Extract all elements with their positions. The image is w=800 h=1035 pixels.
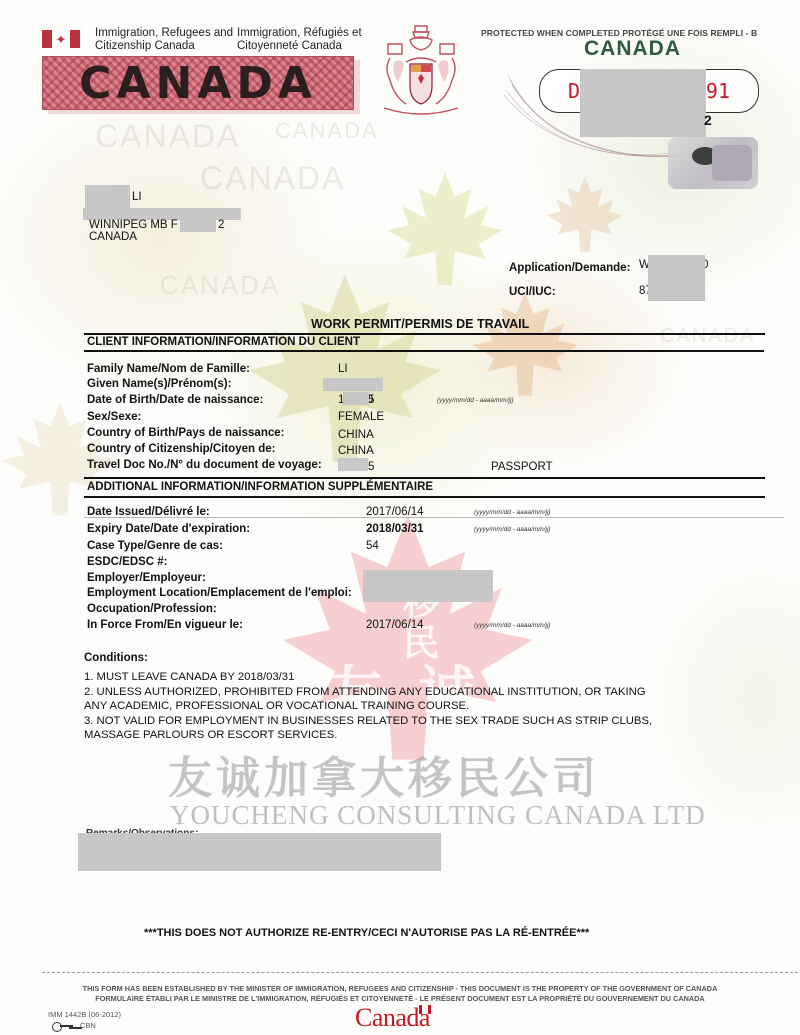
redaction — [338, 458, 368, 471]
divider — [84, 333, 765, 335]
company-watermark-cn: 友诚加拿大移民公司 — [168, 742, 600, 806]
company-watermark-en: YOUCHENG CONSULTING CANADA LTD — [170, 800, 706, 831]
client-field-value: CHINA — [338, 445, 374, 458]
client-field-label: Family Name/Nom de Famille: — [87, 363, 250, 376]
date-format-hint: (yyyy/mm/dd - aaaa/mm/jj) — [474, 526, 551, 533]
redaction — [78, 833, 441, 871]
redaction — [180, 220, 216, 232]
watermark-word: CANADA — [95, 118, 240, 155]
client-field-value-tail: 5 — [368, 461, 374, 474]
redaction — [363, 570, 493, 602]
condition-line: ANY ACADEMIC, PROFESSIONAL OR VOCATIONAL… — [84, 700, 469, 713]
condition-line: 2. UNLESS AUTHORIZED, PROHIBITED FROM AT… — [84, 686, 646, 699]
additional-field-value: 2017/06/14 — [366, 619, 424, 632]
additional-field-value: 2018/03/31 — [366, 523, 424, 536]
uci-label: UCI/IUC: — [509, 286, 556, 299]
redaction — [323, 378, 383, 391]
additional-field-label: Employer/Employeur: — [87, 572, 206, 585]
additional-field-label: Employment Location/Emplacement de l'emp… — [87, 587, 352, 600]
maple-leaf-icon — [540, 175, 630, 255]
recipient-postal-tail: 2 — [218, 219, 224, 232]
conditions-title: Conditions: — [84, 652, 148, 665]
key-icon — [52, 1022, 74, 1030]
condition-line: 1. MUST LEAVE CANADA BY 2018/03/31 — [84, 671, 294, 684]
condition-line: 3. NOT VALID FOR EMPLOYMENT IN BUSINESSE… — [84, 715, 652, 728]
redaction — [85, 185, 130, 208]
additional-field-label: Expiry Date/Date d'expiration: — [87, 523, 250, 536]
client-field-value: FEMALE — [338, 411, 384, 424]
redaction — [648, 255, 705, 301]
watermark-word: CANADA — [275, 118, 379, 144]
coat-of-arms-icon — [380, 22, 462, 120]
client-field-value: CHINA — [338, 429, 374, 442]
client-field-value: LI — [338, 363, 348, 376]
department-name-en: Immigration, Refugees and Citizenship Ca… — [95, 27, 233, 53]
watermark-word: CANADA — [200, 160, 345, 197]
client-field-label: Date of Birth/Date de naissance: — [87, 394, 263, 407]
reentry-notice: ***THIS DOES NOT AUTHORIZE RE-ENTRY/CECI… — [144, 927, 589, 939]
travel-doc-type: PASSPORT — [491, 461, 553, 474]
printer-mark: CBN — [52, 1021, 96, 1030]
additional-field-label: Date Issued/Délivré le: — [87, 506, 210, 519]
recipient-country: CANADA — [89, 231, 137, 244]
date-format-hint: (yyyy/mm/dd - aaaa/mm/jj) — [474, 622, 551, 629]
canada-flag-icon — [419, 1005, 431, 1014]
document-number-line2: 2 — [704, 112, 712, 128]
additional-field-label: Case Type/Genre de cas: — [87, 540, 223, 553]
document-title: WORK PERMIT/PERMIS DE TRAVAIL — [311, 318, 529, 331]
client-field-label: Travel Doc No./N° du document de voyage: — [87, 459, 322, 472]
redaction — [580, 69, 706, 137]
additional-field-label: Occupation/Profession: — [87, 603, 217, 616]
date-format-hint: (yyyy/mm/dd - aaaa/mm/jj) — [474, 509, 551, 516]
application-label: Application/Demande: — [509, 262, 630, 275]
additional-field-label: ESDC/EDSC #: — [87, 556, 168, 569]
form-id: IMM 1442B (06-2012) — [48, 1010, 121, 1019]
hologram-seal — [668, 137, 758, 189]
country-heading: CANADA — [584, 37, 681, 61]
watermark-word: CANADA — [660, 325, 755, 348]
footer-text-en: THIS FORM HAS BEEN ESTABLISHED BY THE MI… — [0, 984, 800, 993]
canada-wordmark: Canada — [355, 1003, 430, 1033]
additional-field-value: 54 — [366, 540, 379, 553]
canada-flag-icon: ✦ — [42, 30, 80, 48]
canada-banner: CANADA — [42, 56, 354, 110]
date-format-hint: (yyyy/mm/dd - aaaa/mm/jj) — [437, 397, 514, 404]
additional-field-value: 2017/06/14 — [366, 506, 424, 519]
client-info-title: CLIENT INFORMATION/INFORMATION DU CLIENT — [87, 336, 360, 348]
client-field-label: Sex/Sexe: — [87, 411, 141, 424]
additional-info-title: ADDITIONAL INFORMATION/INFORMATION SUPPL… — [87, 481, 433, 493]
footer-text-fr: FORMULAIRE ÉTABLI PAR LE MINISTRE DE L'I… — [0, 994, 800, 1003]
divider — [84, 477, 765, 479]
additional-field-label: In Force From/En vigueur le: — [87, 619, 243, 632]
client-field-label: Country of Citizenship/Citoyen de: — [87, 443, 275, 456]
client-field-label: Given Name(s)/Prénom(s): — [87, 378, 231, 391]
recipient-name: LI — [132, 191, 142, 204]
footer-divider — [42, 972, 798, 973]
maple-leaf-icon — [470, 290, 580, 400]
divider — [84, 496, 765, 498]
divider — [84, 350, 764, 352]
condition-line: MASSAGE PARLOURS OR ESCORT SERVICES. — [84, 729, 337, 742]
client-field-label: Country of Birth/Pays de naissance: — [87, 427, 284, 440]
redaction — [343, 392, 369, 405]
department-name-fr: Immigration, Réfugiés et Citoyenneté Can… — [237, 27, 362, 53]
